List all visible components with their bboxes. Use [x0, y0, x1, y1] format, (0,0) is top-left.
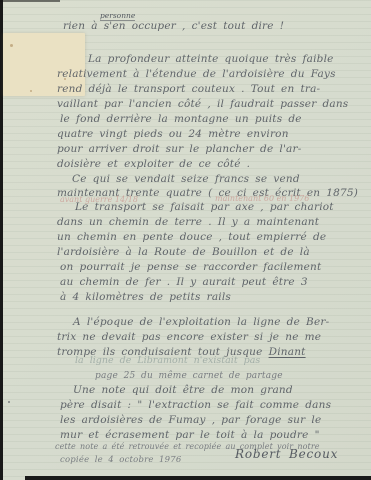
manuscript-line: pour arriver droit sur le plancher de l'…	[57, 143, 301, 155]
manuscript-line: on pourrait je pense se raccorder facile…	[60, 261, 321, 273]
line-text: mur et écrasement par le toit à la poudr…	[60, 429, 320, 441]
underlined-word: Dinant	[269, 346, 306, 358]
line-text: vaillant par l'ancien côté , il faudrait…	[57, 98, 348, 110]
line-text: rien à s'en occuper , c'est tout dire !	[63, 20, 284, 32]
line-text: page 25 du même carnet de partage	[95, 371, 283, 381]
line-text: doisière et exploiter de ce côté .	[57, 158, 250, 170]
manuscript-line: vaillant par l'ancien côté , il faudrait…	[57, 98, 348, 110]
line-text: Le transport se faisait par axe , par ch…	[75, 201, 334, 213]
manuscript-line: La profondeur atteinte quoique très faib…	[88, 53, 334, 65]
foxing-spot	[30, 90, 32, 92]
manuscript-line: au chemin de fer . Il y aurait peut être…	[60, 276, 308, 288]
line-text: le fond derrière la montagne un puits de	[60, 113, 302, 125]
manuscript-line: un chemin en pente douce , tout empierré…	[57, 231, 326, 243]
line-text: les ardoisières de Fumay , par forage su…	[60, 414, 321, 426]
foxing-spot	[10, 44, 13, 47]
line-text: rend déjà le transport couteux . Tout en…	[57, 83, 320, 95]
manuscript-line: doisière et exploiter de ce côté .	[57, 158, 250, 170]
pencil-annotation: la ligne de Libramont n'existait pas	[75, 355, 260, 366]
manuscript-line: à 4 kilomètres de petits rails	[60, 291, 231, 303]
scan-edge-top	[0, 0, 60, 2]
manuscript-line: quatre vingt pieds ou 24 mètre environ	[57, 128, 289, 140]
manuscript-line: A l'époque de l'exploitation la ligne de…	[73, 316, 329, 328]
line-text: La profondeur atteinte quoique très faib…	[88, 53, 334, 65]
signature: Robert Becoux	[235, 447, 338, 461]
scan-edge-bottom	[25, 476, 371, 480]
line-text: Ce qui se vendait seize francs se vend	[72, 173, 300, 185]
manuscript-line: relativement à l'étendue de l'ardoisière…	[57, 68, 336, 80]
line-text: au chemin de fer . Il y aurait peut être…	[60, 276, 308, 288]
manuscript-line: dans un chemin de terre . Il y a mainten…	[57, 216, 319, 228]
line-text: relativement à l'étendue de l'ardoisière…	[57, 68, 336, 80]
line-text: dans un chemin de terre . Il y a mainten…	[57, 216, 319, 228]
line-text: père disait : " l'extraction se fait com…	[60, 399, 331, 411]
manuscript-line: Le transport se faisait par axe , par ch…	[75, 201, 334, 213]
line-text: quatre vingt pieds ou 24 mètre environ	[57, 128, 289, 140]
manuscript-line: Ce qui se vendait seize francs se vend	[72, 173, 300, 185]
line-text: l'ardoisière à la Route de Bouillon et d…	[57, 246, 310, 258]
manuscript-line: le fond derrière la montagne un puits de	[60, 113, 302, 125]
manuscript-line: Une note qui doit être de mon grand	[73, 384, 293, 396]
manuscript-line: père disait : " l'extraction se fait com…	[60, 399, 331, 411]
line-text: copiée le 4 octobre 1976	[60, 455, 181, 465]
manuscript-line: rend déjà le transport couteux . Tout en…	[57, 83, 320, 95]
manuscript-page: personne rien à s'en occuper , c'est tou…	[0, 0, 371, 480]
line-text: Une note qui doit être de mon grand	[73, 384, 293, 396]
manuscript-line: mur et écrasement par le toit à la poudr…	[60, 429, 320, 441]
line-text: on pourrait je pense se raccorder facile…	[60, 261, 321, 273]
manuscript-line: rien à s'en occuper , c'est tout dire !	[63, 20, 284, 32]
manuscript-line: l'ardoisière à la Route de Bouillon et d…	[57, 246, 310, 258]
manuscript-line: page 25 du même carnet de partage	[95, 371, 283, 381]
ink-dot	[8, 401, 10, 403]
line-text: un chemin en pente douce , tout empierré…	[57, 231, 326, 243]
manuscript-line: trix ne devait pas encore exister si je …	[57, 331, 321, 343]
manuscript-line: les ardoisières de Fumay , par forage su…	[60, 414, 321, 426]
line-text: à 4 kilomètres de petits rails	[60, 291, 231, 303]
line-text: pour arriver droit sur le plancher de l'…	[57, 143, 301, 155]
line-text: A l'époque de l'exploitation la ligne de…	[73, 316, 329, 328]
line-text: trix ne devait pas encore exister si je …	[57, 331, 321, 343]
manuscript-line: copiée le 4 octobre 1976	[60, 455, 181, 465]
